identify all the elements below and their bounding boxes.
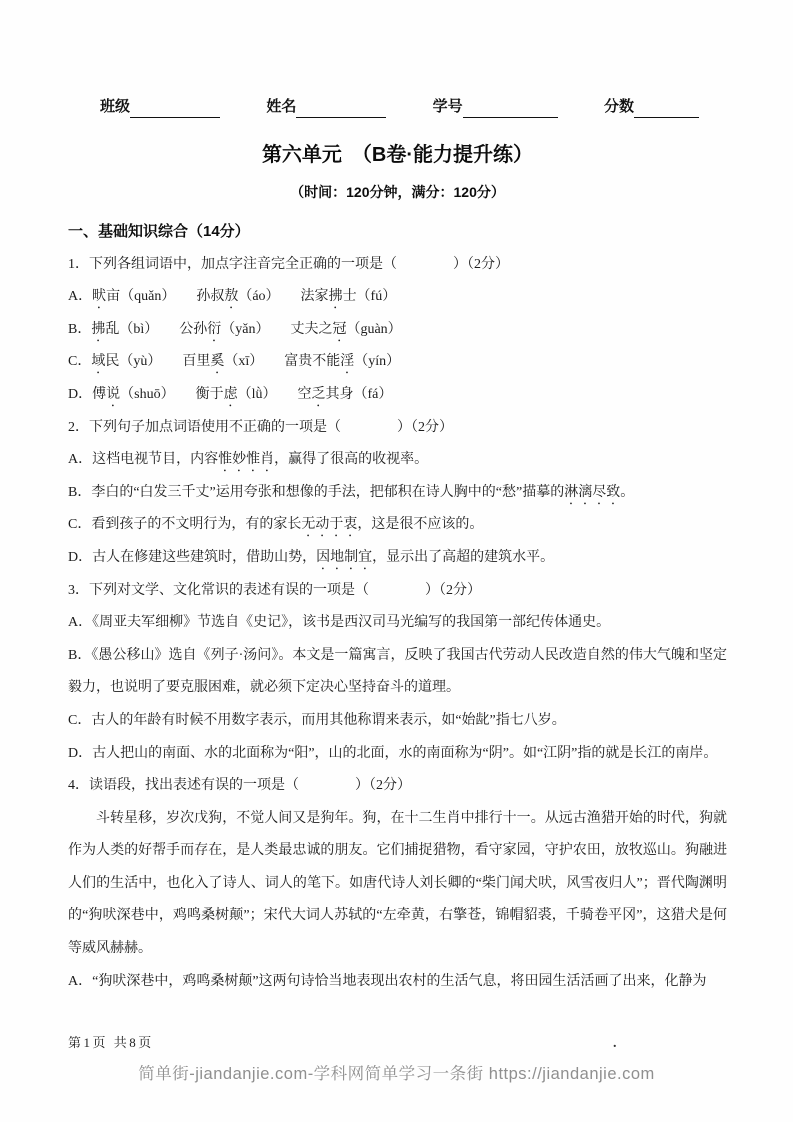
class-field: 班级 <box>100 96 220 118</box>
paper-subtitle: （时间：120分钟，满分：120分） <box>68 180 727 204</box>
stray-dot-artifact: . <box>613 1036 617 1052</box>
question-3-stem: 3．下列对文学、文化常识的表述有误的一项是（ ）（2分） <box>68 575 727 608</box>
question-4-passage: 斗转星移，岁次戊狗，不觉人间又是狗年。狗，在十二生肖中排行十一。从远古渔猎开始的… <box>68 803 727 966</box>
question-3-option-d: D．古人把山的南面、水的北面称为“阳”，山的北面，水的南面称为“阴”。如“江阴”… <box>68 738 727 771</box>
question-3-option-c: C．古人的年龄有时候不用数字表示，而用其他称谓来表示，如“始龀”指七八岁。 <box>68 705 727 738</box>
score-label: 分数 <box>604 96 634 118</box>
paper-body: 一、基础知识综合（14分） 1．下列各组词语中，加点字注音完全正确的一项是（ ）… <box>68 216 727 998</box>
question-4-option-a: A．“狗吠深巷中，鸡鸣桑树颠”这两句诗恰当地表现出农村的生活气息，将田园生活活画… <box>68 966 727 999</box>
question-1-stem: 1．下列各组词语中，加点字注音完全正确的一项是（ ）（2分） <box>68 249 727 282</box>
question-2-option-a: A．这档电视节目，内容惟妙惟肖，赢得了很高的收视率。 <box>68 444 727 477</box>
question-3-option-b: B．《愚公移山》选自《列子·汤问》。本文是一篇寓言，反映了我国古代劳动人民改造自… <box>68 640 727 705</box>
class-label: 班级 <box>100 96 130 118</box>
question-3-option-a: A．《周亚夫军细柳》节选自《史记》，该书是西汉司马光编写的我国第一部纪传体通史。 <box>68 607 727 640</box>
question-1-option-c: C．域民（yù） 百里奚（xī） 富贵不能淫（yín） <box>68 346 727 379</box>
question-2: 2．下列句子加点词语使用不正确的一项是（ ）（2分） A．这档电视节目，内容惟妙… <box>68 412 727 575</box>
question-4-stem: 4．读语段，找出表述有误的一项是（ ）（2分） <box>68 770 727 803</box>
question-1-option-a: A．畎亩（quǎn） 孙叔敖（áo） 法家拂士（fú） <box>68 281 727 314</box>
question-1: 1．下列各组词语中，加点字注音完全正确的一项是（ ）（2分） A．畎亩（quǎn… <box>68 249 727 412</box>
question-2-option-b: B．李白的“白发三千丈”运用夸张和想像的手法，把郁积在诗人胸中的“愁”描摹的淋漓… <box>68 477 727 510</box>
question-4: 4．读语段，找出表述有误的一项是（ ）（2分） 斗转星移，岁次戊狗，不觉人间又是… <box>68 770 727 998</box>
name-label: 姓名 <box>266 96 296 118</box>
question-3: 3．下列对文学、文化常识的表述有误的一项是（ ）（2分） A．《周亚夫军细柳》节… <box>68 575 727 771</box>
section-one-heading: 一、基础知识综合（14分） <box>68 216 727 249</box>
question-2-stem: 2．下列句子加点词语使用不正确的一项是（ ）（2分） <box>68 412 727 445</box>
question-1-option-b: B．拂乱（bì） 公孙衍（yǎn） 丈夫之冠（guàn） <box>68 314 727 347</box>
student-id-field: 学号 <box>433 96 558 118</box>
name-blank-line <box>296 100 386 118</box>
question-2-option-d: D．古人在修建这些建筑时，借助山势，因地制宜，显示出了高超的建筑水平。 <box>68 542 727 575</box>
student-id-label: 学号 <box>433 96 463 118</box>
page-number: 第1页 共8页 <box>68 1032 154 1051</box>
score-field: 分数 <box>604 96 699 118</box>
watermark: 简单街-jiandanjie.com-学科网简单学习一条街 https://ji… <box>0 1060 793 1084</box>
paper-title: 第六单元 （B卷·能力提升练） <box>68 140 727 170</box>
student-id-blank-line <box>463 100 558 118</box>
exam-paper-page: 班级 姓名 学号 分数 第六单元 （B卷·能力提升练） （时间：120分钟，满分… <box>0 0 793 1122</box>
class-blank-line <box>130 100 220 118</box>
question-2-option-c: C．看到孩子的不文明行为，有的家长无动于衷，这是很不应该的。 <box>68 509 727 542</box>
student-info-row: 班级 姓名 学号 分数 <box>68 96 727 118</box>
score-blank-line <box>634 100 699 118</box>
name-field: 姓名 <box>266 96 386 118</box>
question-1-option-d: D．傅说（shuō） 衡于虑（lǜ） 空乏其身（fá） <box>68 379 727 412</box>
